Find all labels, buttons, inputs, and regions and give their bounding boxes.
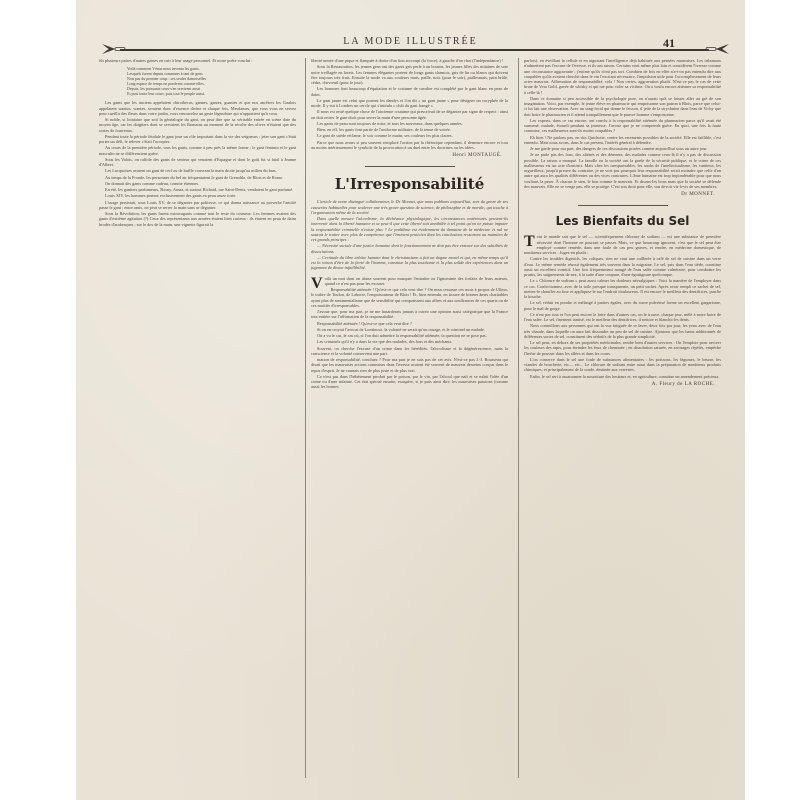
drop-cap: T: [524, 235, 535, 249]
article-title: L'Irresponsabilité: [311, 175, 508, 193]
verse-quote: Voilà comment Vénus nous inventa les gan…: [127, 66, 296, 96]
paragraph: Les gants que les anciens appelaient chi…: [99, 100, 296, 116]
paragraph: Le gant jaune est celui que portent les …: [311, 98, 508, 109]
column-1: fût plusieurs paires d'autres gaines en …: [99, 58, 296, 228]
paragraph: Je ne parle pas des fous, des aliénés et…: [524, 152, 721, 189]
paragraph: Il nous est resté quelque chose de l'anc…: [311, 109, 508, 120]
paragraph: On a vu le cas, le cas où, si l'on doit …: [311, 333, 508, 338]
article-title: Les Bienfaits du Sel: [524, 214, 721, 228]
intro-paragraph: — Nécessité sociale d'une justice humain…: [311, 243, 508, 254]
paragraph: Sous la Révolution, les gants furent ext…: [99, 211, 296, 227]
paragraph: Les criminels qu'il n'y a dans la vie qu…: [311, 339, 508, 344]
paragraph: parfois), en éveillant la cellule et en …: [524, 58, 721, 95]
paragraph: Louis XIV, les hommes portent exclusivem…: [99, 193, 296, 198]
paragraph: Le sel peut, en dehors de ses propriétés…: [524, 340, 721, 356]
paragraph: Souvent, on cherche l'excuse d'un crime …: [311, 346, 508, 357]
intro-paragraph: Dans quelle mesure l'alcoolisme, la déch…: [311, 216, 508, 242]
paragraph: Le sel, réduit en poudre et mélangé à pa…: [524, 300, 721, 311]
paragraph: Ce n'est pas tout et l'on peut encore le…: [524, 312, 721, 323]
author-signature: Dr MONNET.: [524, 192, 715, 197]
paragraph: J'avoue que, pour ma part, je ne me hasa…: [311, 309, 508, 320]
paragraph: Ce n'est pas dans l'hébètement produit p…: [311, 374, 508, 390]
paragraph: Les Lucquoises avaient un gant de cerf o…: [99, 168, 296, 173]
paragraph: Sous les Valois, on raffole des gants de…: [99, 157, 296, 168]
page-number: 41: [663, 36, 675, 51]
paragraph: Les gants de peau sont toujours de mise,…: [311, 121, 508, 126]
magazine-page: LA MODE ILLUSTRÉE 41 fût plusieurs paire…: [76, 0, 745, 800]
paragraph: Enfin, le sel sert à assaisonner la nour…: [524, 374, 721, 379]
article-separator: [578, 205, 668, 206]
paragraph: out le monde sait que le sel — scientifi…: [524, 234, 721, 255]
verse-line: Et puis toute leur court, puis tout le p…: [127, 91, 296, 96]
column-3: parfois), en éveillant la cellule et en …: [524, 58, 721, 393]
paragraph: Bien, en eff, les gants font partie de l…: [311, 127, 508, 132]
paragraph: Je me garde pour ma part, des dangers de…: [524, 146, 721, 151]
paragraph: Parce que nous avons si peu souvent remp…: [311, 140, 508, 151]
paragraph: On donnait des gants comme cadeau, comme…: [99, 181, 296, 186]
paragraph: Contre les troubles digestifs, les coliq…: [524, 256, 721, 277]
paragraph: mation de responsabilité, concluez ? Pou…: [311, 357, 508, 373]
paragraph: Eh bien ! Ne parlons pas, en dos Quichot…: [524, 135, 721, 146]
paragraph: Pendant toute la période féodale le gant…: [99, 134, 296, 145]
drop-cap: V: [311, 277, 323, 291]
paragraph: fût plusieurs paires d'autres gaines en …: [99, 58, 296, 63]
running-title: LA MODE ILLUSTRÉE: [76, 36, 745, 47]
paragraph: Sous la Restauration, les jeunes gens on…: [311, 64, 508, 85]
paragraph: Responsabilité atténuée ! Qu'est-ce que …: [311, 287, 508, 308]
paragraph: Nous conseillons aux personnes qui ont l…: [524, 323, 721, 339]
paragraph: Dans ce domaine si peu accessible de la …: [524, 96, 721, 117]
column-2: liberté armée d'une pique et flanquée à …: [311, 58, 508, 391]
paragraph: Au cours de la première période, tous le…: [99, 145, 296, 156]
paragraph: Le « Chlorure de sodium » peut aussi cal…: [524, 278, 721, 299]
article-intro: L'article de notre distingué collaborate…: [311, 199, 508, 270]
paragraph: Au temps de la Fronde, les personnes du …: [99, 175, 296, 180]
paragraph: Le gant de suède réclame, le soir comme …: [311, 133, 508, 138]
intro-paragraph: — Certitude du libre arbitre humain dont…: [311, 255, 508, 271]
paragraph: Les experts, dans ce cas encore, ont con…: [524, 118, 721, 134]
paragraph: Si on en croyait l'avocat de Lombroso, l…: [311, 327, 508, 332]
article-separator: [365, 166, 455, 167]
header-rule: [120, 49, 709, 51]
intro-paragraph: L'article de notre distingué collaborate…: [311, 199, 508, 215]
column-divider: [518, 58, 519, 778]
author-signature: Henri MONTAUGÉ.: [311, 153, 502, 158]
paragraph: Les hommes font beaucoup d'équitation et…: [311, 86, 508, 97]
paragraph: Responsabilité atténuée ! Qu'est-ce que …: [311, 321, 508, 326]
author-signature: A. Fleury de LA ROCHE.: [524, 382, 715, 387]
column-divider: [305, 58, 306, 778]
paragraph: liberté armée d'une pique et flanquée à …: [311, 58, 508, 63]
paragraph: L'on conserve dans le sel une foule de s…: [524, 357, 721, 373]
paragraph: L'usage persistait, sous Louis XV, de se…: [99, 200, 296, 211]
paragraph: Si noble, si lointaine que soit la généa…: [99, 117, 296, 133]
paragraph: oilà un mot dont on abuse souvent pour m…: [325, 276, 508, 286]
paragraph: En été, les gantiers parfumeurs, Rosny, …: [99, 187, 296, 192]
